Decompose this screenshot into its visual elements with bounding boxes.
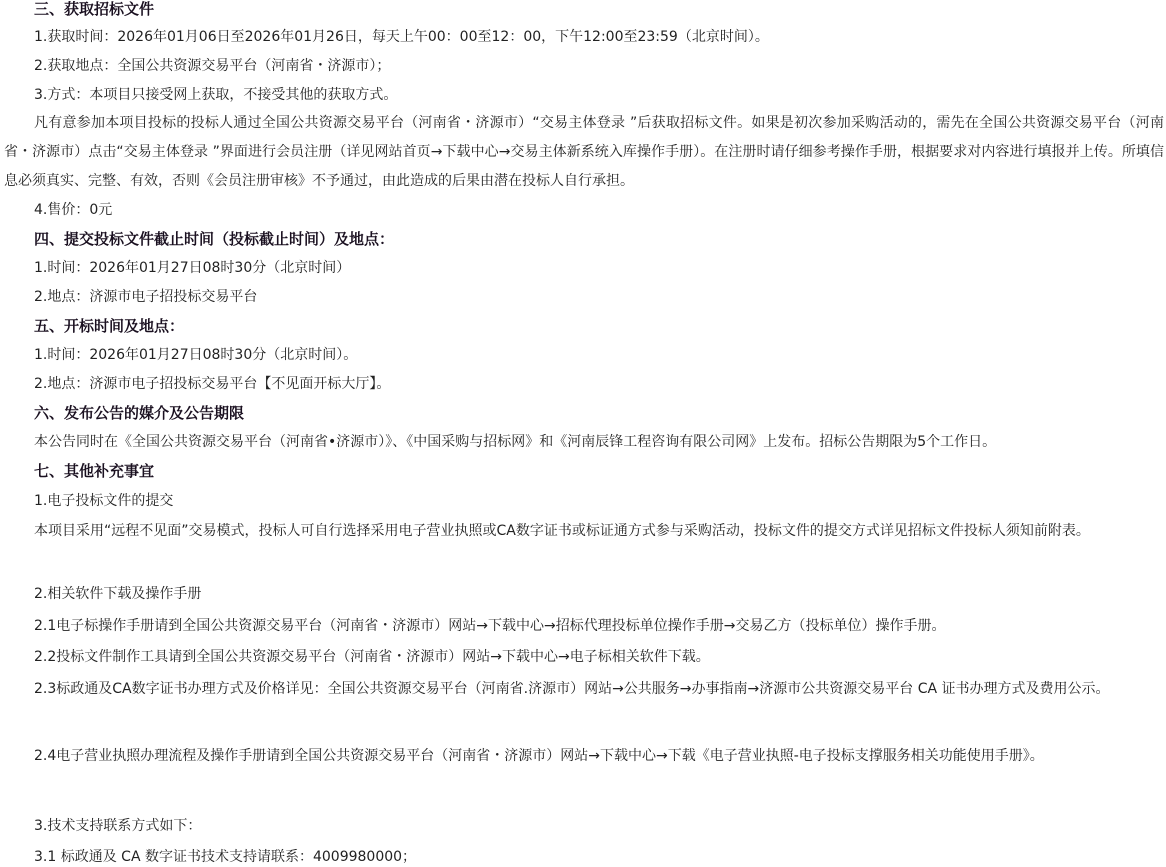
- s7-sub2-title: 2.相关软件下载及操作手册: [34, 585, 201, 603]
- s3-item-price: 4.售价：0元: [34, 201, 112, 219]
- section-6-heading: 六、发布公告的媒介及公告期限: [34, 404, 244, 422]
- section-3-heading: 三、获取招标文件: [34, 0, 154, 18]
- s4-item-deadline-time: 1.时间：2026年01月27日08时30分（北京时间）: [34, 259, 350, 277]
- s3-item-acquire-time: 1.获取时间：2026年01月06日至2026年01月26日，每天上午00：00…: [34, 28, 769, 46]
- s5-item-opening-time: 1.时间：2026年01月27日08时30分（北京时间）。: [34, 346, 357, 364]
- s7-sub2-3: 2.3标政通及CA数字证书办理方式及价格详见：全国公共资源交易平台（河南省.济源…: [4, 673, 1164, 706]
- s7-sub3-1: 3.1 标政通及 CA 数字证书技术支持请联系：4009980000；: [34, 848, 416, 866]
- s7-sub3-title: 3.技术支持联系方式如下：: [34, 817, 201, 835]
- section-4-heading: 四、提交投标文件截止时间（投标截止时间）及地点：: [34, 230, 394, 248]
- s7-sub2-4: 2.4电子营业执照办理流程及操作手册请到全国公共资源交易平台（河南省・济源市）网…: [4, 740, 1164, 773]
- s4-item-location: 2.地点：济源市电子招投标交易平台: [34, 288, 257, 306]
- s7-sub2-1: 2.1电子标操作手册请到全国公共资源交易平台（河南省・济源市）网站→下载中心→招…: [34, 617, 945, 635]
- s6-publish-media-text: 本公告同时在《全国公共资源交易平台（河南省•济源市）》、《中国采购与招标网》和《…: [34, 433, 996, 451]
- section-5-heading: 五、开标时间及地点：: [34, 317, 184, 335]
- s3-item-acquire-location: 2.获取地点：全国公共资源交易平台（河南省・济源市）；: [34, 57, 390, 75]
- s7-sub2-2: 2.2投标文件制作工具请到全国公共资源交易平台（河南省・济源市）网站→下载中心→…: [34, 648, 710, 666]
- s7-sub1-title: 1.电子投标文件的提交: [34, 492, 173, 510]
- s5-item-opening-location: 2.地点：济源市电子招投标交易平台【不见面开标大厅】。: [34, 375, 390, 393]
- s3-item-acquire-method: 3.方式：本项目只接受网上获取，不接受其他的获取方式。: [34, 86, 397, 104]
- s3-registration-paragraph: 凡有意参加本项目投标的投标人通过全国公共资源交易平台（河南省・济源市）“交易主体…: [4, 109, 1164, 196]
- section-7-heading: 七、其他补充事宜: [34, 462, 154, 480]
- s7-sub1-text: 本项目采用“远程不见面”交易模式，投标人可自行选择采用电子营业执照或CA数字证书…: [4, 516, 1164, 547]
